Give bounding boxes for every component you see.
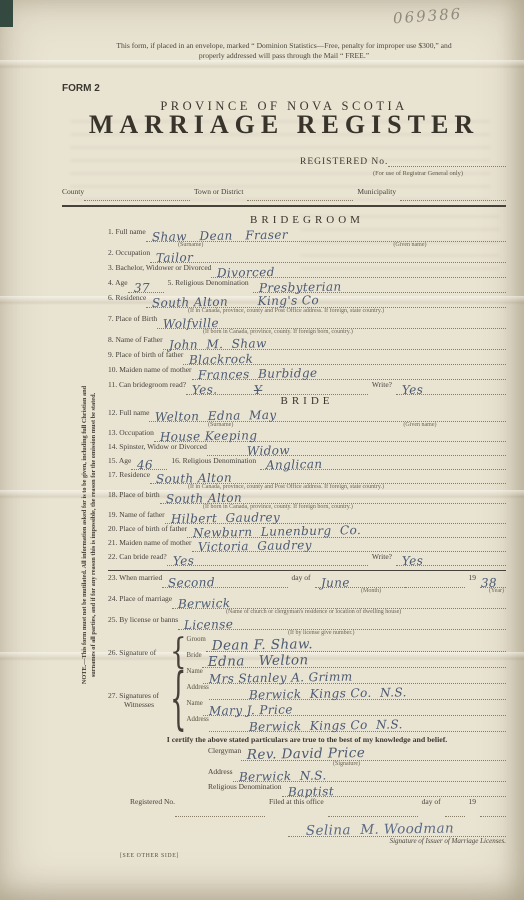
groom-mother-row: 10. Maiden name of mother Frances Burbid…: [108, 365, 506, 380]
footer-registered-label: Registered No.: [130, 797, 175, 806]
municipality-field: [400, 187, 506, 201]
groom-father-field: John M. Shaw: [163, 335, 506, 350]
registered-no-row: REGISTERED No.: [300, 157, 506, 167]
witness2-name-label: Name: [187, 700, 203, 707]
footer-day-of-label: day of: [418, 797, 445, 806]
married-year-field: 38: [480, 573, 506, 588]
issuer-signature-row: Selina M. Woodman: [288, 817, 506, 837]
bride-age-field: 46: [131, 456, 167, 470]
groom-birthplace-value: Wolfville: [163, 316, 219, 331]
groom-residence-field: South Alton King's Co: [146, 293, 506, 308]
bride-signature-field: Edna Welton: [202, 652, 506, 668]
bride-occupation-field: House Keeping: [154, 428, 506, 442]
groom-denomination-field: Presbyterian: [253, 278, 506, 293]
groom-status-row: 3. Bachelor, Widower or Divorced Divorce…: [108, 263, 506, 278]
month-gap-field: [405, 573, 465, 588]
groom-fullname-field: Shaw Dean Fraser: [146, 227, 506, 242]
section-divider-rule: [108, 570, 506, 571]
filing-row: Registered No. Filed at this office day …: [130, 797, 506, 817]
witness-signatures-side: 27. Signatures of Witnesses: [108, 668, 170, 732]
town-label: Town or District: [190, 187, 247, 196]
registrar-note: (For use of Registrar General only): [330, 170, 506, 177]
witness1-name-field: Mrs Stanley A. Grimm: [203, 668, 506, 684]
issuer-signature-field: Selina M. Woodman: [288, 817, 506, 837]
certify-statement: I certify the above stated particulars a…: [108, 732, 506, 746]
witness2-name-row: Name Mary J. Price: [187, 700, 506, 716]
license-value: License: [184, 617, 234, 632]
bride-signature-label: Bride: [187, 652, 202, 659]
witness-signatures-label2: Witnesses: [108, 700, 170, 709]
groom-write-field: Yes: [396, 380, 506, 395]
margin-note-line2: surnames of all parties, and if for any …: [89, 325, 98, 745]
registered-no-label: REGISTERED No.: [300, 157, 388, 167]
groom-birthplace-label: 7. Place of Birth: [108, 314, 157, 323]
county-label: County: [62, 187, 84, 196]
bride-write-value: Yes: [402, 554, 424, 568]
groom-age-denomination-row: 4. Age 37 5. Religious Denomination Pres…: [108, 278, 506, 293]
groom-age-label: 4. Age: [108, 278, 128, 287]
witness-signatures-label: 27. Signatures of: [108, 691, 170, 700]
day-of-label: day of: [288, 573, 315, 582]
bride-occupation-row: 13. Occupation House Keeping: [108, 428, 506, 442]
married-day-field: Second: [162, 573, 287, 588]
groom-mother-field: Frances Burbidge: [192, 365, 506, 380]
license-row: 25. By license or banns License: [108, 615, 506, 630]
bride-status-row: 14. Spinster, Widow or Divorced Widow: [108, 442, 506, 456]
married-month-value: June: [320, 575, 349, 590]
groom-father-birthplace-field: Blackrock: [183, 350, 506, 365]
groom-signature-field: Dean F. Shaw.: [206, 636, 506, 652]
clergyman-label: Clergyman: [208, 746, 241, 755]
bride-birthplace-row: 18. Place of birth South Alton: [108, 490, 506, 504]
bride-mother-label: 21. Maiden name of mother: [108, 538, 192, 547]
bride-father-birthplace-row: 20. Place of birth of father Newburn Lun…: [108, 524, 506, 538]
groom-birthplace-row: 7. Place of Birth Wolfville: [108, 314, 506, 329]
witness-signature-lines: Name Mrs Stanley A. Grimm Address Berwic…: [187, 668, 506, 732]
footer-year-field: [480, 797, 506, 817]
municipality-label: Municipality: [353, 187, 400, 196]
margin-note-line1: NOTE.—This form must not be mutilated. A…: [80, 325, 89, 745]
groom-occupation-row: 2. Occupation Tailor: [108, 248, 506, 263]
married-day-value: Second: [168, 575, 215, 590]
bride-father-birthplace-field: Newburn Lunenburg Co.: [187, 524, 506, 538]
clergyman-value: Rev. David Price: [247, 745, 366, 763]
groom-literacy-row: 11. Can bridegroom read? Yes. Y Write? Y…: [108, 380, 506, 395]
clergyman-field: Rev. David Price: [241, 746, 506, 761]
witness1-name-label: Name: [187, 668, 203, 675]
fold-crease: [0, 60, 524, 69]
license-field: License: [178, 615, 506, 630]
bride-birthplace-value: South Alton: [165, 491, 241, 506]
bride-read-label: 22. Can bride read?: [108, 552, 167, 561]
bride-residence-value: South Alton: [156, 471, 232, 486]
form-body: BRIDEGROOM 1. Full name Shaw Dean Fraser…: [108, 214, 506, 846]
groom-father-birthplace-row: 9. Place of birth of father Blackrock: [108, 350, 506, 365]
when-married-row: 23. When married Second day of June 19 3…: [108, 573, 506, 588]
bride-age-label: 15. Age: [108, 456, 131, 465]
groom-age-field: 37: [128, 278, 164, 293]
bride-residence-field: South Alton: [150, 470, 506, 484]
header-rule: [62, 205, 506, 207]
bride-occupation-label: 13. Occupation: [108, 428, 154, 437]
see-other-side-note: [SEE OTHER SIDE]: [120, 853, 179, 859]
bride-mother-field: Victoria Gaudrey: [192, 538, 506, 552]
bride-birthplace-field: South Alton: [160, 490, 506, 504]
groom-read-struck-mark: Y: [254, 383, 263, 397]
married-month-field: June: [315, 573, 405, 588]
license-label: 25. By license or banns: [108, 615, 178, 624]
bride-literacy-row: 22. Can bride read? Yes Write? Yes: [108, 552, 506, 566]
bride-read-value: Yes: [172, 554, 194, 568]
bride-write-label: Write?: [368, 552, 396, 561]
issuer-signature-value: Selina M. Woodman: [306, 820, 454, 839]
groom-signature-row: Groom Dean F. Shaw.: [187, 636, 506, 652]
groom-father-label: 8. Name of Father: [108, 335, 163, 344]
groom-residence-value: South Alton King's Co: [152, 293, 319, 310]
groom-read-value: Yes.: [192, 383, 218, 397]
registered-no-field: [388, 157, 506, 167]
clergyman-denomination-row: Religious Denomination Baptist: [208, 782, 506, 797]
place-of-marriage-value: Berwick: [178, 596, 231, 611]
registration-number-pencil: 069386: [392, 5, 462, 28]
witness2-address-field: Berwick Kings Co N.S.: [209, 716, 506, 732]
groom-occupation-label: 2. Occupation: [108, 248, 150, 257]
clergyman-address-field: Berwick N.S.: [233, 767, 506, 782]
clergyman-denomination-field: Baptist: [282, 782, 506, 797]
bride-fullname-label: 12. Full name: [108, 408, 149, 417]
married-year-value: 38: [481, 576, 497, 590]
bride-father-field: Hilbert Gaudrey: [165, 510, 506, 524]
page-title: MARRIAGE REGISTER: [62, 110, 506, 140]
location-row: County Town or District Municipality: [62, 187, 506, 201]
clergyman-address-row: Address Berwick N.S.: [208, 767, 506, 782]
footer-year-label: 19: [465, 797, 481, 806]
bride-fullname-field: Welton Edna May: [149, 408, 506, 422]
couple-signatures-side: 26. Signature of: [108, 636, 170, 668]
witness2-address-label: Address: [187, 716, 209, 723]
witness1-address-row: Address Berwick Kings Co. N.S.: [187, 684, 506, 700]
bride-fullname-row: 12. Full name Welton Edna May: [108, 408, 506, 422]
groom-birthplace-field: Wolfville: [157, 314, 506, 329]
witness2-name-field: Mary J. Price: [203, 700, 506, 716]
mail-notice-line1: This form, if placed in an envelope, mar…: [62, 41, 506, 51]
bride-birthplace-label: 18. Place of birth: [108, 490, 160, 499]
witness1-name-row: Name Mrs Stanley A. Grimm: [187, 668, 506, 684]
footer-day-field: [445, 797, 465, 817]
clergyman-row: Clergyman Rev. David Price: [208, 746, 506, 761]
groom-fullname-row: 1. Full name Shaw Dean Fraser: [108, 227, 506, 242]
bride-mother-row: 21. Maiden name of mother Victoria Gaudr…: [108, 538, 506, 552]
groom-write-label: Write?: [368, 380, 396, 389]
form-number-label: FORM 2: [62, 83, 100, 94]
bride-signature-row: Bride Edna Welton: [187, 652, 506, 668]
groom-fullname-label: 1. Full name: [108, 227, 146, 236]
place-of-marriage-label: 24. Place of marriage: [108, 594, 172, 603]
town-field: [247, 187, 353, 201]
clergyman-address-label: Address: [208, 767, 233, 776]
footer-filed-field: [328, 797, 418, 817]
footer-registered-field: [175, 797, 265, 817]
place-of-marriage-field: Berwick: [172, 594, 506, 609]
year-prefix-label: 19: [465, 573, 481, 582]
groom-mother-label: 10. Maiden name of mother: [108, 365, 192, 374]
groom-fullname-value: Shaw Dean Fraser: [151, 228, 287, 244]
groom-signature-label: Groom: [187, 636, 206, 643]
bride-residence-row: 17. Residence South Alton: [108, 470, 506, 484]
groom-read-label: 11. Can bridegroom read?: [108, 380, 186, 389]
witness1-address-label: Address: [187, 684, 209, 691]
bride-father-row: 19. Name of father Hilbert Gaudrey: [108, 510, 506, 524]
bride-status-field: Widow: [207, 442, 506, 456]
groom-read-field: Yes. Y: [186, 380, 368, 395]
when-married-label: 23. When married: [108, 573, 162, 582]
margin-note: NOTE.—This form must not be mutilated. A…: [80, 325, 100, 745]
witness1-address-field: Berwick Kings Co. N.S.: [209, 684, 506, 700]
groom-status-field: Divorced: [211, 263, 506, 278]
bridegroom-heading: BRIDEGROOM: [108, 214, 506, 227]
groom-residence-row: 6. Residence South Alton King's Co: [108, 293, 506, 308]
bride-age-denomination-row: 15. Age 46 16. Religious Denomination An…: [108, 456, 506, 470]
couple-signatures-group: 26. Signature of Groom Dean F. Shaw. Bri…: [108, 636, 506, 668]
witness2-address-row: Address Berwick Kings Co N.S.: [187, 716, 506, 732]
issuer-caption: Signature of Issuer of Marriage Licenses…: [390, 837, 506, 846]
brace: [170, 668, 187, 732]
bride-read-field: Yes: [167, 552, 368, 566]
groom-occupation-field: Tailor: [150, 248, 506, 263]
scan-corner-mark: [0, 0, 13, 27]
mail-notice-line2: properly addressed will pass through the…: [62, 51, 506, 61]
groom-write-value: Yes: [402, 383, 424, 397]
couple-signatures-label: 26. Signature of: [108, 648, 170, 657]
groom-occupation-value: Tailor: [156, 250, 194, 265]
bride-write-field: Yes: [396, 552, 506, 566]
bride-heading: BRIDE: [108, 395, 506, 408]
groom-father-row: 8. Name of Father John M. Shaw: [108, 335, 506, 350]
bride-father-label: 19. Name of father: [108, 510, 165, 519]
bride-denomination-field: Anglican: [260, 456, 506, 470]
county-field: [84, 187, 190, 201]
witness-signatures-group: 27. Signatures of Witnesses Name Mrs Sta…: [108, 668, 506, 732]
couple-signature-lines: Groom Dean F. Shaw. Bride Edna Welton: [187, 636, 506, 668]
place-of-marriage-row: 24. Place of marriage Berwick: [108, 594, 506, 609]
mail-notice: This form, if placed in an envelope, mar…: [62, 41, 506, 60]
witness2-address-value: Berwick Kings Co N.S.: [249, 717, 403, 734]
bride-fullname-value: Welton Edna May: [155, 408, 277, 424]
